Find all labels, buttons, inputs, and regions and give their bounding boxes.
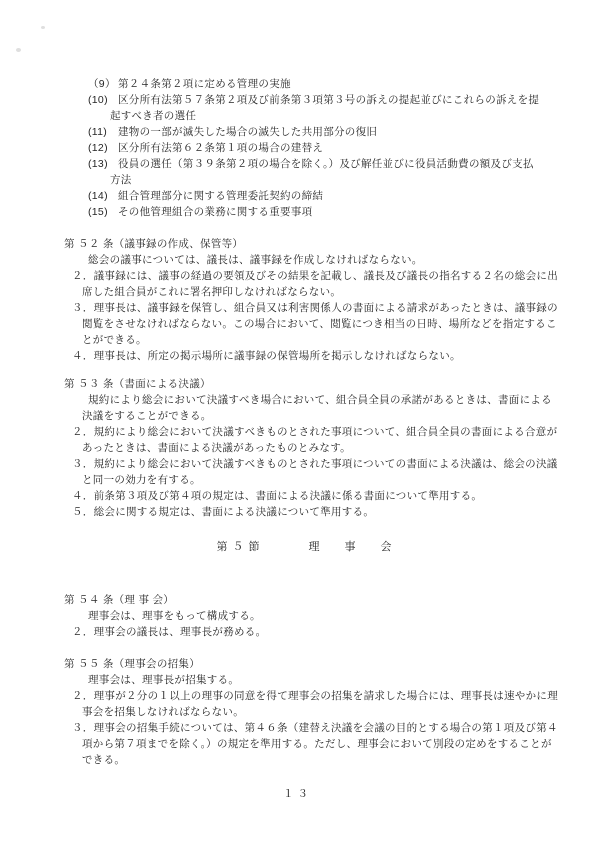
- list-item-10: (10)区分所有法第５７条第２項及び前条第３項第３号の訴えの提起並びにこれらの訴…: [0, 92, 595, 108]
- article-53-paragraph-3: ３．規約により総会において決議すべきものとされた事項についての書面による決議は、…: [0, 456, 595, 472]
- article-55-paragraph-3: ３．理事会の招集手続については、第４６条（建替え決議を会議の目的とする場合の第１…: [0, 720, 595, 736]
- article-52: 第 ５２ 条（議事録の作成、保管等）: [0, 236, 595, 252]
- list-item-12: (12)区分所有法第６２条第１項の場合の建替え: [0, 140, 595, 156]
- document-page: （9）第２４条第２項に定める管理の実施 (10)区分所有法第５７条第２項及び前条…: [0, 0, 595, 842]
- section-5-heading: 第 ５ 節 理 事 会: [0, 539, 595, 555]
- list-item-text: 役員の選任（第３９条第２項の場合を除く。）及び解任並びに役員活動費の額及び支払: [118, 158, 534, 170]
- list-item-text: その他管理組合の業務に関する重要事項: [118, 206, 312, 218]
- article-52-paragraph-2-continuation: 席した組合員がこれに署名押印しなければならない。: [0, 284, 595, 300]
- section-5-heading-block: 第 ５ 節 理 事 会: [0, 539, 595, 555]
- article-55-paragraph-1: 理事会は、理事長が招集する。: [0, 672, 595, 688]
- list-item-13: (13)役員の選任（第３９条第２項の場合を除く。）及び解任並びに役員活動費の額及…: [0, 156, 595, 172]
- article-55: 第 ５５ 条（理事会の招集）: [0, 656, 595, 672]
- article-53-paragraph-1-continuation: 決議をすることができる。: [0, 408, 595, 424]
- page-number: １３: [0, 786, 595, 802]
- list-item-text: 第２４条第２項に定める管理の実施: [118, 78, 291, 90]
- article-53-heading: 第 ５３ 条（書面による決議）: [0, 376, 595, 392]
- page-footer: １３: [0, 786, 595, 802]
- article-54-paragraph-1: 理事会は、理事をもって構成する。: [0, 608, 595, 624]
- article-54-paragraph-2: ２．理事会の議長は、理事長が務める。: [0, 624, 595, 640]
- article-54-body: 理事会は、理事をもって構成する。 ２．理事会の議長は、理事長が務める。: [0, 608, 595, 640]
- list-item-13-continuation: 方法: [0, 172, 595, 188]
- scan-artifact-speck: [16, 48, 21, 52]
- list-item-number: (14): [88, 188, 118, 204]
- article-55-body: 理事会は、理事長が招集する。 ２．理事が２分の１以上の理事の同意を得て理事会の招…: [0, 672, 595, 768]
- list-item-10-continuation: 起すべき者の選任: [0, 108, 595, 124]
- article-53-paragraph-4: ４．前条第３項及び第４項の規定は、書面による決議に係る書面について準用する。: [0, 488, 595, 504]
- article-52-paragraph-3: ３．理事長は、議事録を保管し、組合員又は利害関係人の書面による請求があったときは…: [0, 300, 595, 316]
- article-55-paragraph-3-continuation: できる。: [0, 752, 595, 768]
- enumerated-item-list: （9）第２４条第２項に定める管理の実施 (10)区分所有法第５７条第２項及び前条…: [0, 76, 595, 220]
- list-item-text: 区分所有法第６２条第１項の場合の建替え: [118, 142, 323, 154]
- article-53-paragraph-5: ５．総会に関する規定は、書面による決議について準用する。: [0, 504, 595, 520]
- article-52-paragraph-2: ２．議事録には、議事の経過の要領及びその結果を記載し、議長及び議長の指名する２名…: [0, 268, 595, 284]
- list-item-15: (15)その他管理組合の業務に関する重要事項: [0, 204, 595, 220]
- article-53-paragraph-3-continuation: と同一の効力を有する。: [0, 472, 595, 488]
- list-item-number: (12): [88, 140, 118, 156]
- article-52-body: 総会の議事については、議長は、議事録を作成しなければならない。 ２．議事録には、…: [0, 252, 595, 364]
- article-54-heading: 第 ５４ 条（理 事 会）: [0, 592, 595, 608]
- list-item-text: 組合管理部分に関する管理委託契約の締結: [118, 190, 323, 202]
- article-55-paragraph-2: ２．理事が２分の１以上の理事の同意を得て理事会の招集を請求した場合には、理事長は…: [0, 688, 595, 704]
- article-53-body: 規約により総会において決議すべき場合において、組合員全員の承諾があるときは、書面…: [0, 392, 595, 520]
- article-53-paragraph-2: ２．規約により総会において決議すべきものとされた事項について、組合員全員の書面に…: [0, 424, 595, 440]
- list-item-11: (11)建物の一部が滅失した場合の滅失した共用部分の復旧: [0, 124, 595, 140]
- list-item-9: （9）第２４条第２項に定める管理の実施: [0, 76, 595, 92]
- article-53-paragraph-2-continuation: あったときは、書面による決議があったものとみなす。: [0, 440, 595, 456]
- scan-artifact-speck: [41, 26, 45, 29]
- article-52-paragraph-4: ４．理事長は、所定の掲示場所に議事録の保管場所を掲示しなければならない。: [0, 348, 595, 364]
- list-item-number: (13): [88, 156, 118, 172]
- article-52-heading: 第 ５２ 条（議事録の作成、保管等）: [0, 236, 595, 252]
- article-52-paragraph-3-continuation: 閲覧をさせなければならない。この場合において、閲覧につき相当の日時、場所などを指…: [0, 316, 595, 332]
- article-55-paragraph-3-continuation: 項から第７項までを除く。）の規定を準用する。ただし、理事会において別段の定めをす…: [0, 736, 595, 752]
- article-53-paragraph-1: 規約により総会において決議すべき場合において、組合員全員の承諾があるときは、書面…: [0, 392, 595, 408]
- list-item-number: (11): [88, 124, 118, 140]
- list-item-14: (14)組合管理部分に関する管理委託契約の締結: [0, 188, 595, 204]
- article-52-paragraph-3-continuation: とができる。: [0, 332, 595, 348]
- article-53: 第 ５３ 条（書面による決議）: [0, 376, 595, 392]
- article-54: 第 ５４ 条（理 事 会）: [0, 592, 595, 608]
- article-52-paragraph-1: 総会の議事については、議長は、議事録を作成しなければならない。: [0, 252, 595, 268]
- list-item-text: 建物の一部が滅失した場合の滅失した共用部分の復旧: [118, 126, 377, 138]
- list-item-text: 区分所有法第５７条第２項及び前条第３項第３号の訴えの提起並びにこれらの訴えを提: [118, 94, 539, 106]
- article-55-heading: 第 ５５ 条（理事会の招集）: [0, 656, 595, 672]
- article-55-paragraph-2-continuation: 事会を招集しなければならない。: [0, 704, 595, 720]
- list-item-number: （9）: [88, 76, 118, 92]
- list-item-number: (15): [88, 204, 118, 220]
- list-item-number: (10): [88, 92, 118, 108]
